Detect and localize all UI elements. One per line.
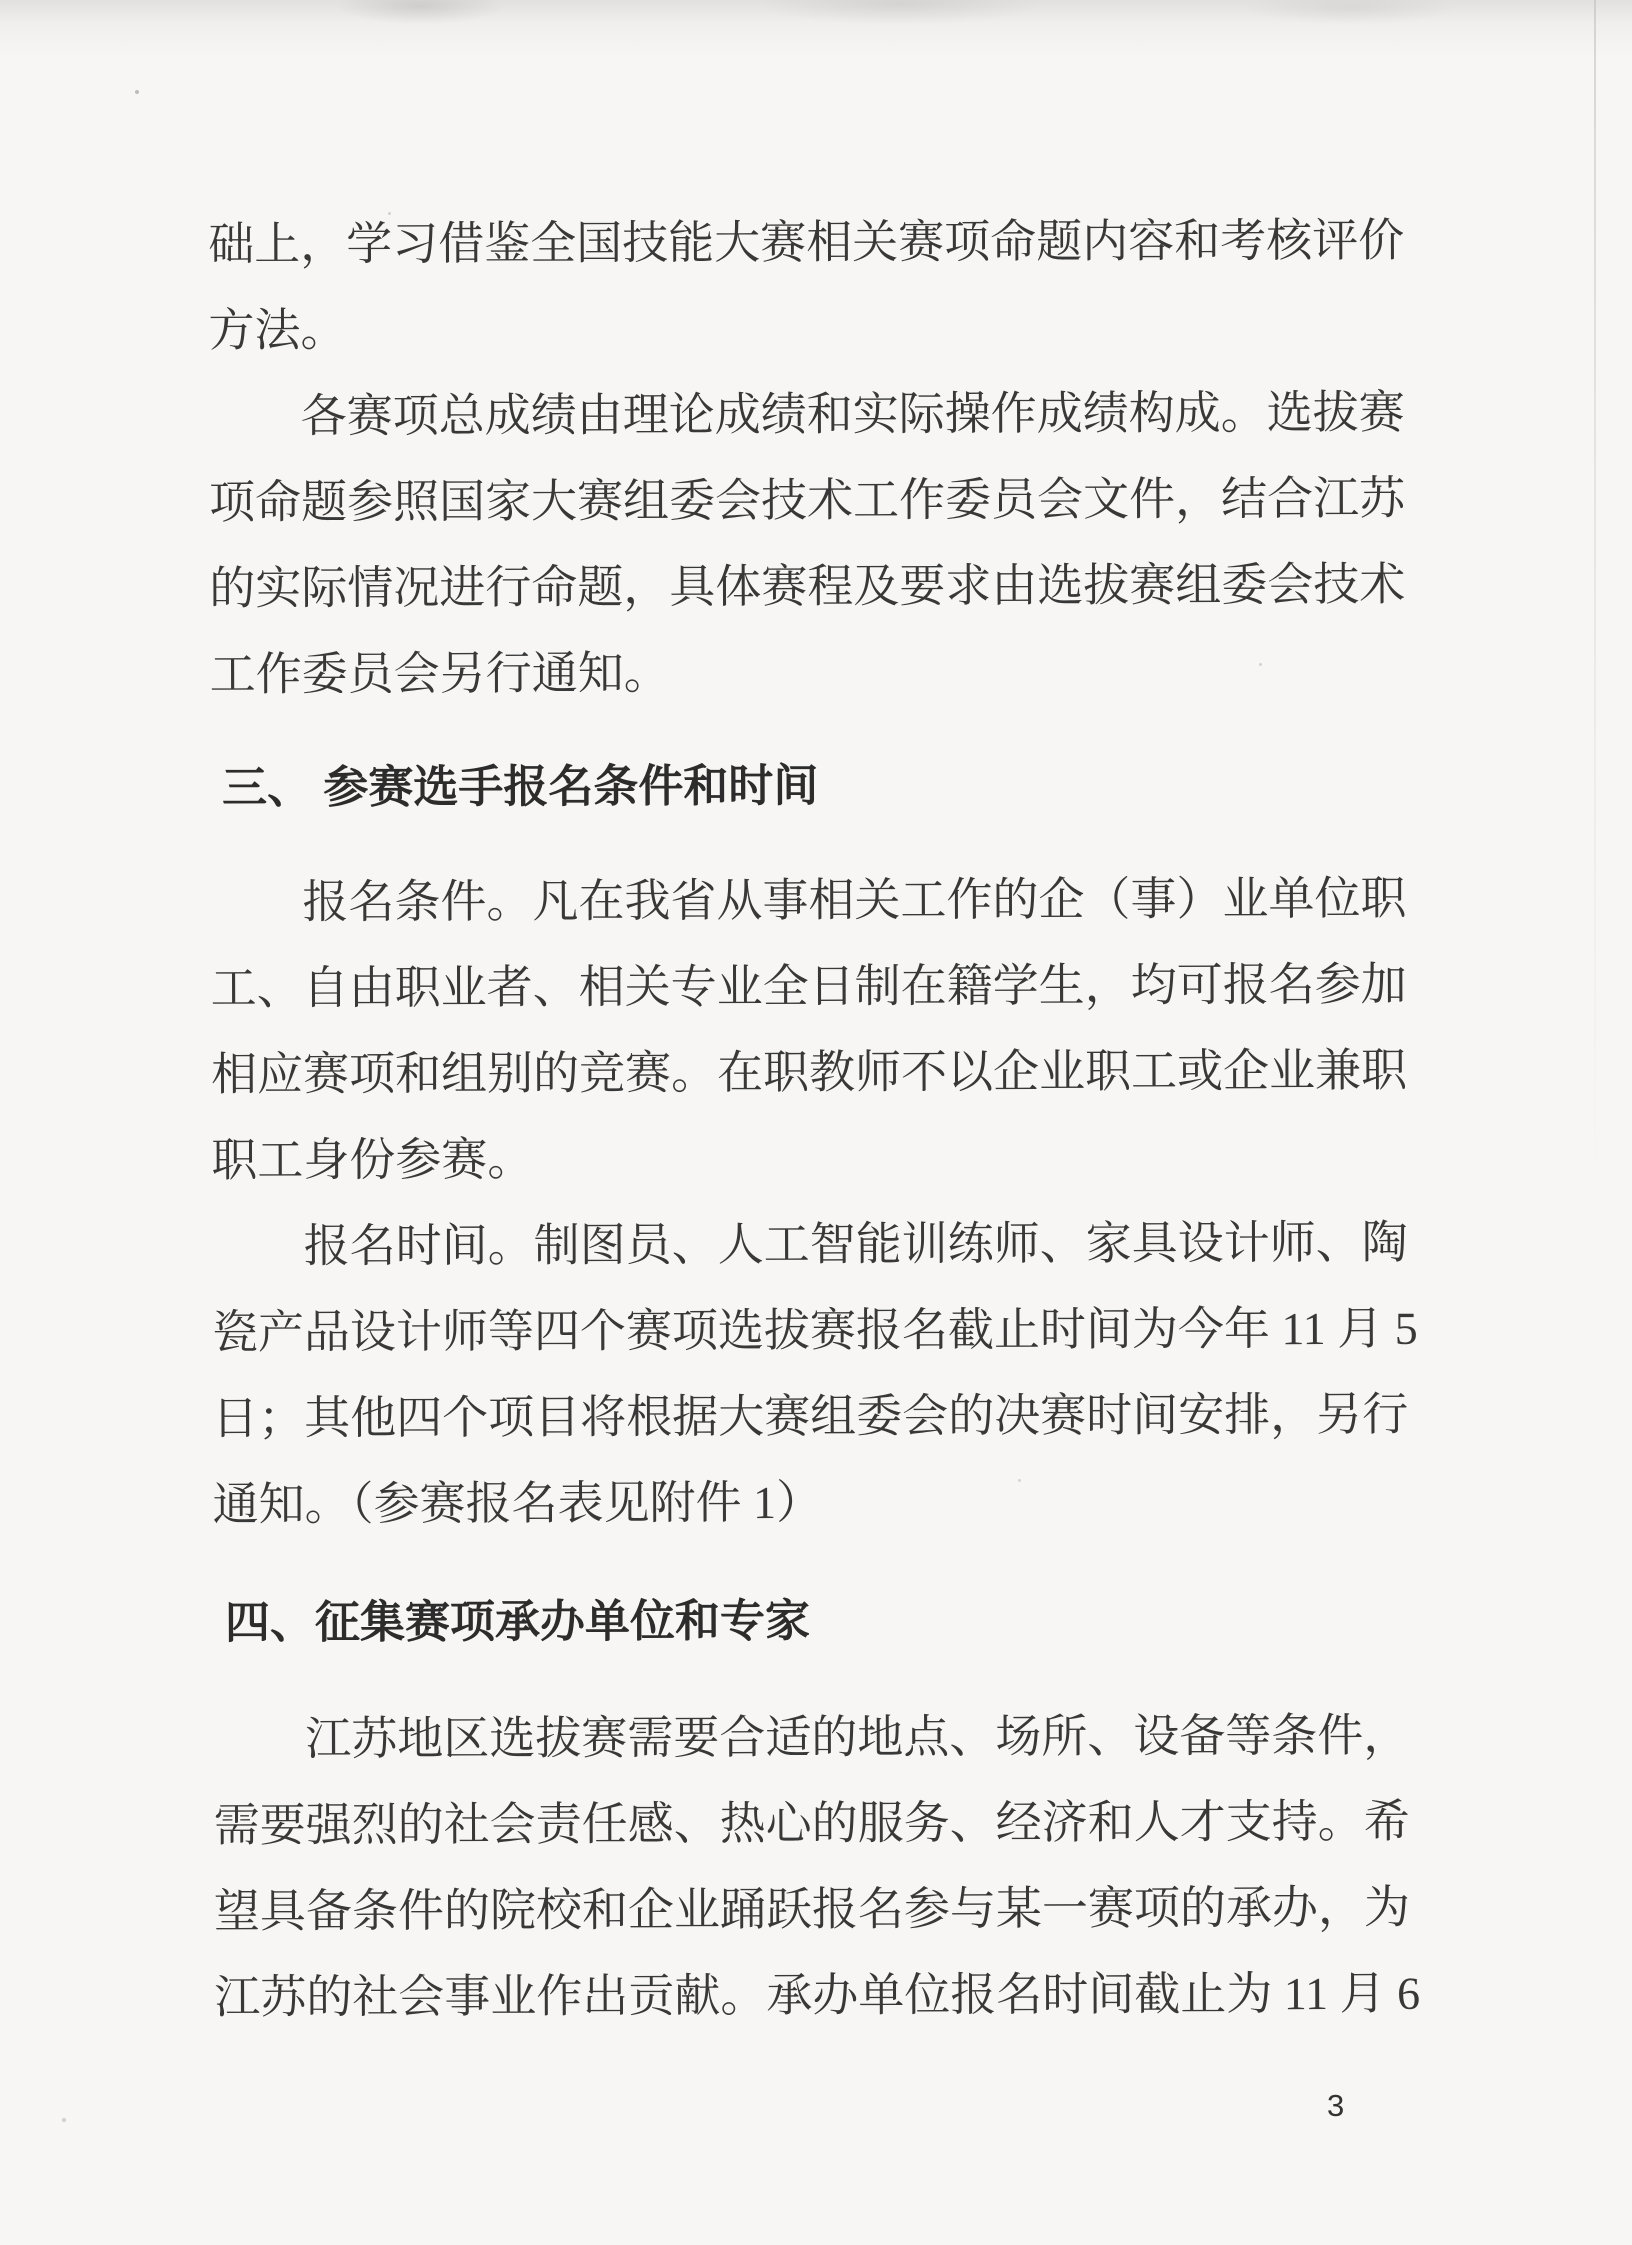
body-line: 报名时间。制图员、人工智能训练师、家具设计师、陶 [211, 1200, 1447, 1290]
body-line: 方法。 [208, 284, 1444, 374]
document-body: 础上，学习借鉴全国技能大赛相关赛项命题内容和考核评价 方法。 各赛项总成绩由理论… [208, 198, 1450, 2041]
body-line: 瓷产品设计师等四个赛项选拔赛报名截止时间为今年 11 月 5 [212, 1286, 1448, 1376]
body-line: 的实际情况进行命题，具体赛程及要求由选拔赛组委会技术 [209, 542, 1445, 632]
body-line: 职工身份参赛。 [211, 1114, 1447, 1204]
section-heading-three: 三、 参赛选手报名条件和时间 [210, 741, 1446, 831]
body-line: 础上，学习借鉴全国技能大赛相关赛项命题内容和考核评价 [208, 198, 1444, 288]
body-line: 日；其他四个项目将根据大赛组委会的决赛时间安排，另行 [212, 1372, 1448, 1462]
body-line: 工作委员会另行通知。 [210, 628, 1446, 718]
body-line: 江苏的社会事业作出贡献。承办单位报名时间截止为 11 月 6 [214, 1951, 1450, 2041]
scan-artifact-top-edge [0, 0, 1632, 58]
body-line: 各赛项总成绩由理论成绩和实际操作成绩构成。选拔赛 [209, 370, 1445, 460]
body-line: 望具备条件的院校和企业踊跃报名参与某一赛项的承办，为 [214, 1865, 1450, 1955]
scan-artifact-right-edge [1594, 0, 1596, 1190]
body-line: 项命题参照国家大赛组委会技术工作委员会文件，结合江苏 [209, 456, 1445, 546]
section-heading-four: 四、征集赛项承办单位和专家 [213, 1576, 1449, 1666]
scan-speck [62, 2118, 66, 2122]
body-line: 需要强烈的社会责任感、热心的服务、经济和人才支持。希 [214, 1779, 1450, 1869]
body-line: 江苏地区选拔赛需要合适的地点、场所、设备等条件， [213, 1693, 1449, 1783]
page-number: 3 [1327, 2088, 1344, 2124]
body-line: 报名条件。凡在我省从事相关工作的企（事）业单位职 [210, 856, 1446, 946]
body-line: 通知。（参赛报名表见附件 1） [212, 1458, 1448, 1548]
body-line: 工、自由职业者、相关专业全日制在籍学生，均可报名参加 [211, 942, 1447, 1032]
body-line: 相应赛项和组别的竞赛。在职教师不以企业职工或企业兼职 [211, 1028, 1447, 1118]
scan-speck [135, 90, 139, 94]
scanned-document-page: 础上，学习借鉴全国技能大赛相关赛项命题内容和考核评价 方法。 各赛项总成绩由理论… [0, 0, 1632, 2245]
